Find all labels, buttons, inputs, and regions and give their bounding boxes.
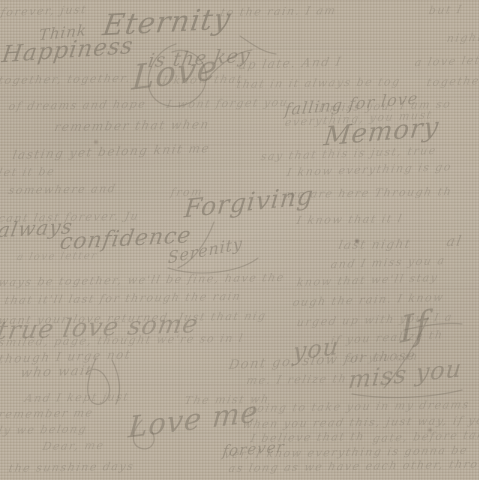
script-line: from (169, 185, 204, 199)
script-line: me. I relize th (245, 372, 348, 387)
script-line: I know that (161, 73, 244, 87)
script-line: that in it always be tog (235, 75, 402, 91)
script-line: I know that it l (295, 212, 404, 227)
script-line: say that this is just, true (260, 144, 438, 163)
script-line: gate, before tak (372, 428, 479, 445)
script-line: I know everything is go (286, 160, 454, 179)
script-line: together, together. (0, 72, 132, 87)
script-line: night (446, 31, 479, 45)
script-line: cant last forever. Ju (0, 210, 141, 225)
script-line: And I kept just (23, 390, 130, 405)
script-line: remember me (0, 406, 95, 421)
script-line: know that we'll stay (296, 271, 440, 289)
script-line: want your love returned. Just that nig (0, 309, 268, 327)
script-line: that it'll last for through the rain (3, 290, 242, 307)
linen-wallpaper: EternityThinkHappinessis the keyLovefall… (0, 0, 479, 480)
script-line: ly we belong (0, 422, 88, 437)
script-line: al (445, 233, 464, 250)
script-line: up late. And I (238, 54, 344, 72)
script-line: to the rain. I am (219, 4, 337, 19)
script-line: who wait (19, 363, 93, 381)
script-line: let it be (0, 165, 56, 179)
script-line: when you read this, just way, if you le (241, 413, 479, 431)
script-line: going to take you in my dreams (247, 398, 471, 415)
script-line: urged up with you. I a (296, 311, 455, 330)
script-line: but I (428, 3, 464, 17)
script-line: remember that when (53, 117, 211, 134)
script-line: and I miss you a (330, 254, 447, 271)
script-line: I wont forget you (165, 96, 289, 111)
script-line: I believe that th (249, 430, 366, 445)
script-line: together (426, 74, 479, 89)
script-line: the sunshine days (7, 460, 135, 475)
script-line: a love letter (16, 251, 99, 263)
script-line: though I urge not (0, 347, 133, 366)
script-layer: EternityThinkHappinessis the keyLovefall… (0, 0, 479, 480)
script-line: last night (337, 237, 412, 252)
script-line: somewhere and (7, 182, 117, 197)
script-line: we are here Through th (285, 185, 453, 201)
script-line: ways be together, we'll be fine, have th… (0, 271, 286, 289)
script-line: a love letter (414, 53, 479, 69)
script-line: lasting yet belong knit me (12, 141, 212, 162)
script-word-feature: Happiness (0, 33, 135, 69)
script-line: Dear, me (41, 439, 105, 453)
script-line: of dreams and hope (7, 98, 147, 113)
script-line: forever, just (0, 3, 88, 19)
